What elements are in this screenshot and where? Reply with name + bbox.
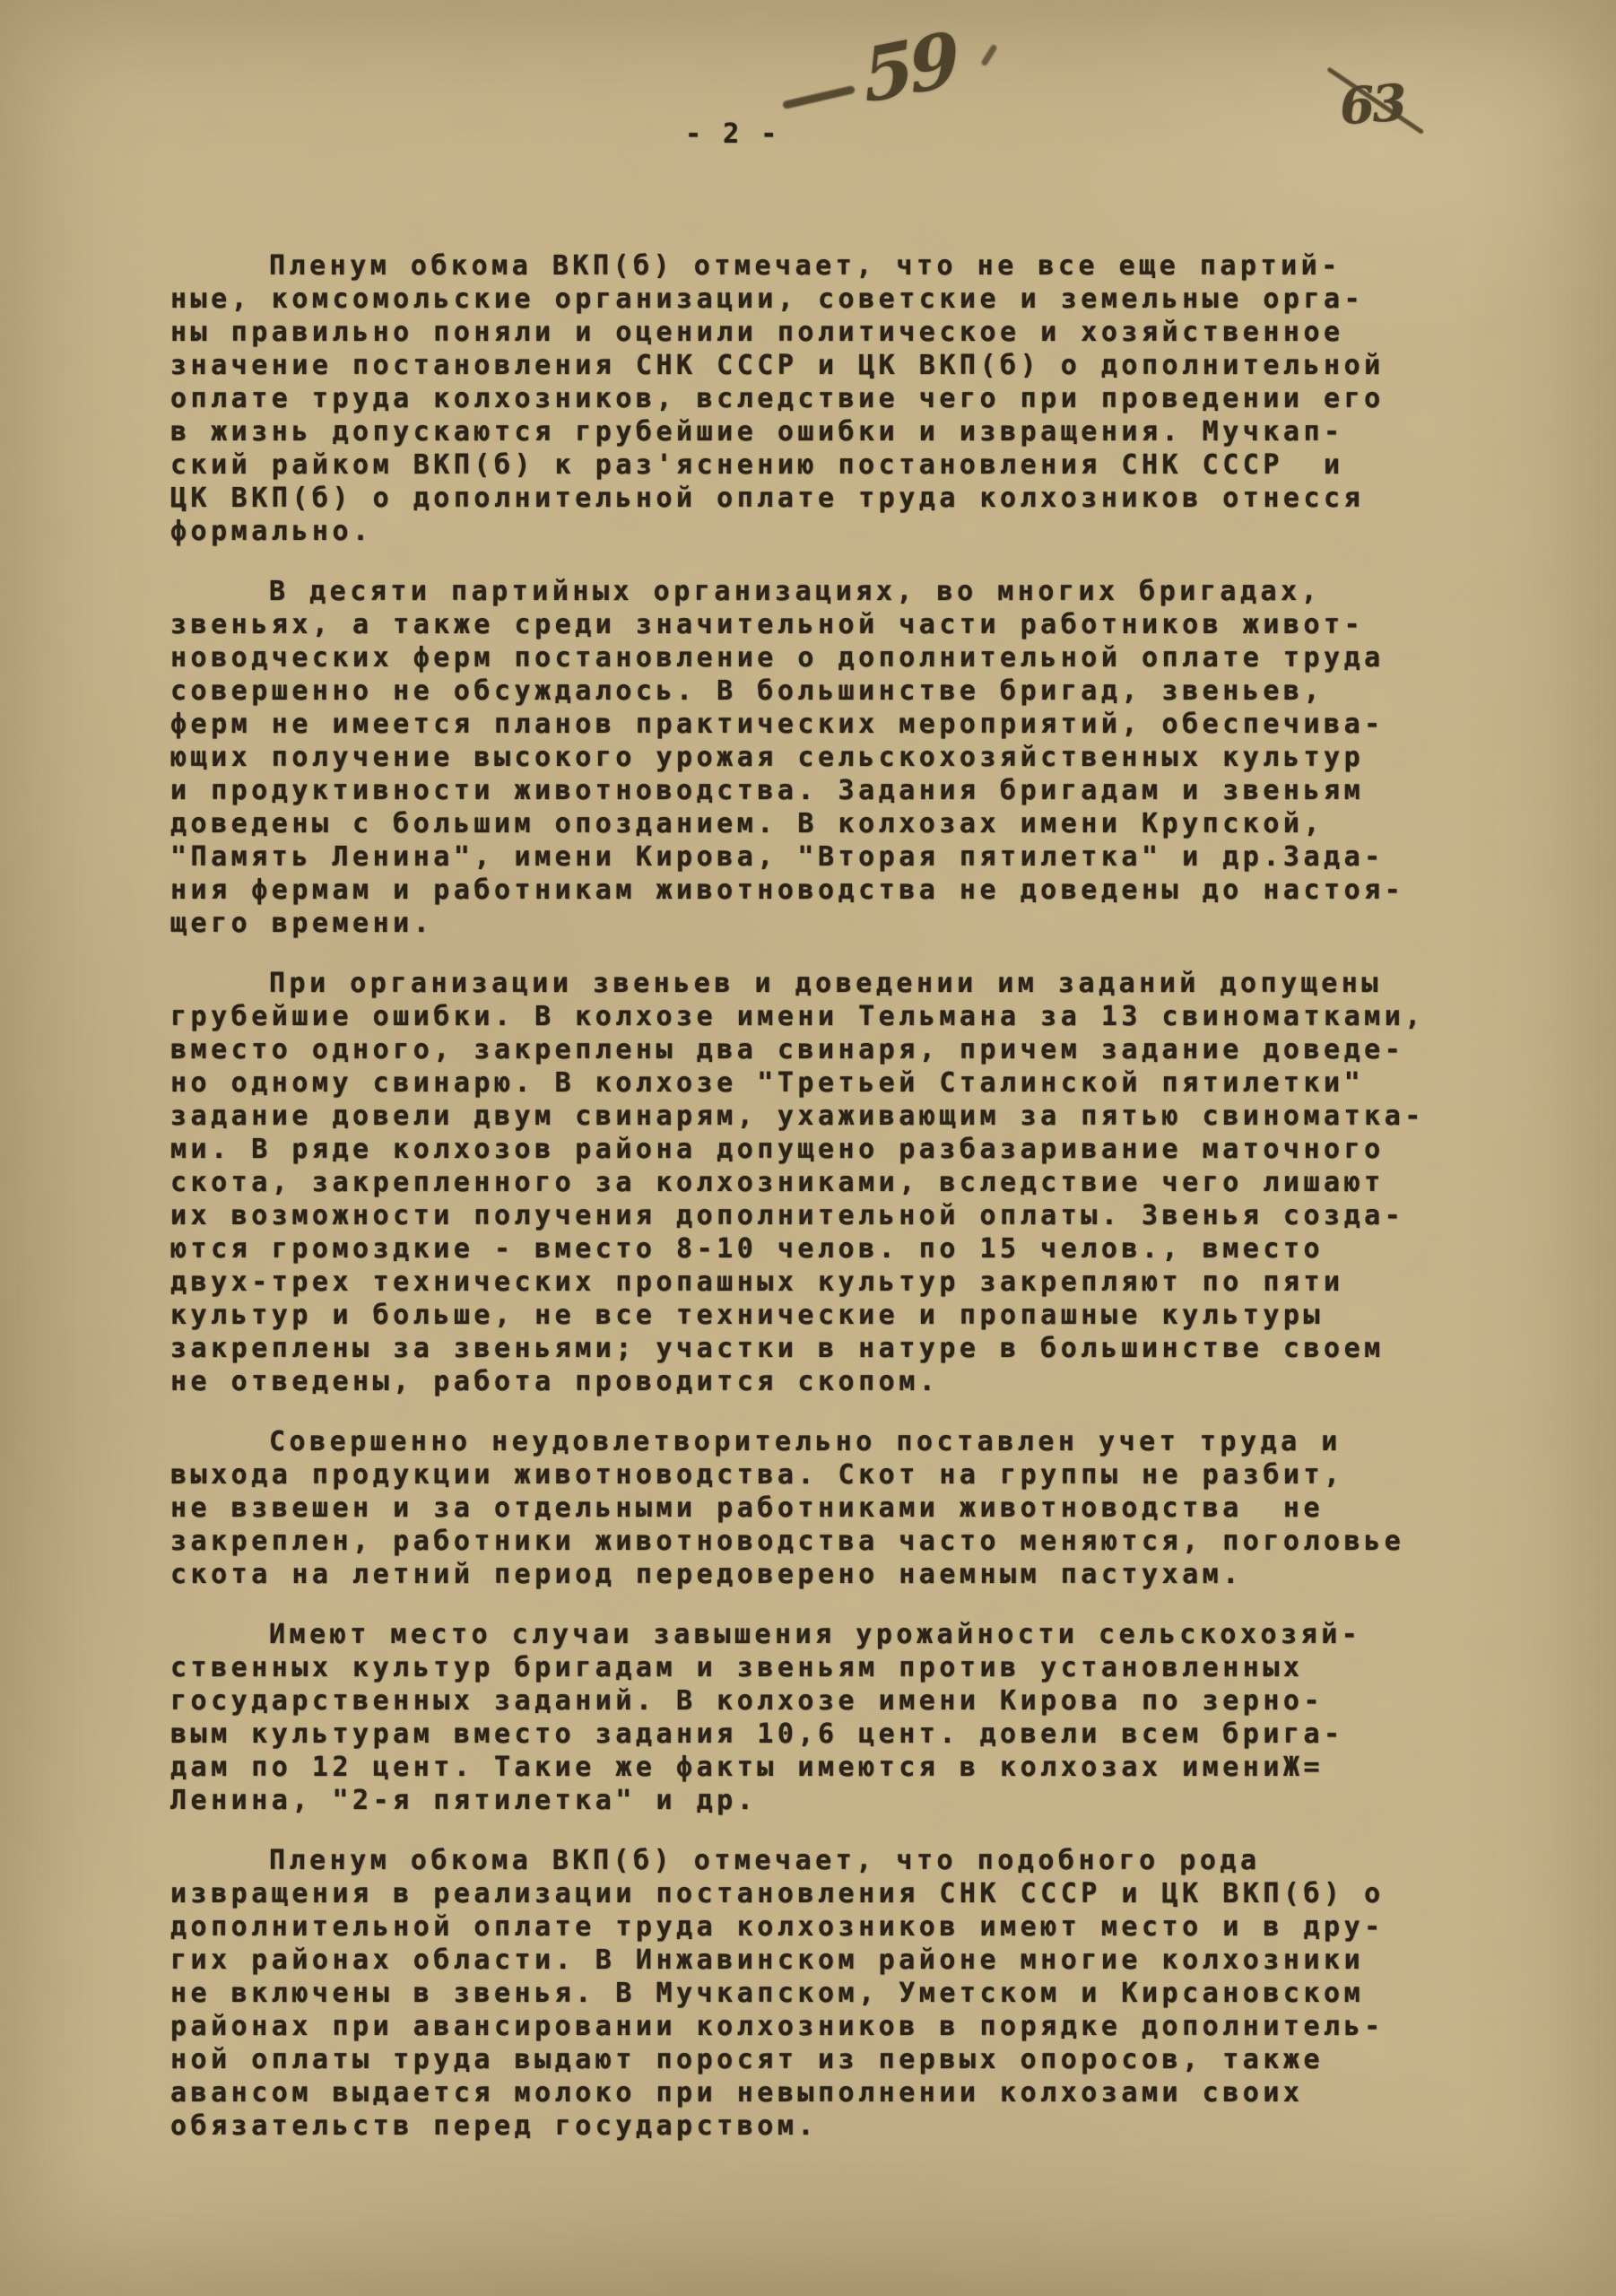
handwritten-number-63-crossed-out: 63 [1338,74,1406,137]
text-line: ны правильно поняли и оценили политическ… [170,316,1498,349]
text-line: задание довели двум свинарям, ухаживающи… [170,1100,1498,1133]
text-line: но одному свинарю. В колхозе "Третьей Ст… [170,1066,1498,1100]
text-line: извращения в реализации постановления СН… [170,1877,1498,1910]
text-line: ные, комсомольские организации, советски… [170,283,1498,316]
text-line: звеньях, а также среди значительной част… [170,608,1498,641]
text-line: новодческих ферм постановление о дополни… [170,641,1498,674]
paragraph: Пленум обкома ВКП(б) отмечает, что не вс… [170,249,1498,548]
paragraph: Совершенно неудовлетворительно поставлен… [170,1425,1498,1591]
text-line: не включены в звенья. В Мучкапском, Умет… [170,1977,1498,2010]
text-line: В десяти партийных организациях, во мног… [170,575,1498,608]
text-line: дам по 12 цент. Такие же факты имеются в… [170,1751,1498,1784]
text-line: в жизнь допускаются грубейшие ошибки и и… [170,415,1498,448]
text-line: Ленина, "2-я пятилетка" и др. [170,1784,1498,1817]
text-line: ющих получение высокого урожая сельскохо… [170,741,1498,774]
page-number: - 2 - [685,118,779,150]
text-line: формально. [170,515,1498,548]
text-line: ственных культур бригадам и звеньям прот… [170,1651,1498,1684]
text-line: Имеют место случаи завышения урожайности… [170,1618,1498,1651]
paragraph: В десяти партийных организациях, во мног… [170,575,1498,940]
text-line: государственных заданий. В колхозе имени… [170,1684,1498,1718]
text-line: обязательств перед государством. [170,2109,1498,2143]
text-line: Совершенно неудовлетворительно поставлен… [170,1425,1498,1458]
text-line: "Память Ленина", имени Кирова, "Вторая п… [170,840,1498,874]
text-line: значение постановления СНК СССР и ЦК ВКП… [170,349,1498,382]
text-line: Пленум обкома ВКП(б) отмечает, что не вс… [170,249,1498,283]
text-line: совершенно не обсуждалось. В большинстве… [170,674,1498,708]
text-line: закреплены за звеньями; участки в натуре… [170,1332,1498,1365]
text-line: их возможности получения дополнительной … [170,1199,1498,1232]
handwritten-page-number-59: 59 [860,16,960,120]
text-line: ния фермам и работникам животноводства н… [170,874,1498,907]
pencil-tick-mark [980,44,998,67]
text-line: закреплен, работники животноводства част… [170,1525,1498,1558]
pencil-dash-mark [782,85,856,109]
text-line: и продуктивности животноводства. Задания… [170,774,1498,807]
text-line: ский райком ВКП(б) к раз'яснению постано… [170,448,1498,482]
text-line: доведены с большим опозданием. В колхоза… [170,807,1498,840]
text-line: дополнительной оплате труда колхозников … [170,1910,1498,1944]
text-line: вым культурам вместо задания 10,6 цент. … [170,1718,1498,1751]
text-line: выхода продукции животноводства. Скот на… [170,1458,1498,1492]
paragraph: При организации звеньев и доведении им з… [170,967,1498,1398]
text-line: двух-трех технических пропашных культур … [170,1265,1498,1299]
text-line: ются громоздкие - вместо 8-10 челов. по … [170,1232,1498,1265]
text-line: ми. В ряде колхозов района допущено разб… [170,1133,1498,1166]
text-line: не отведены, работа проводится скопом. [170,1365,1498,1398]
text-line: не взвешен и за отдельными работниками ж… [170,1492,1498,1525]
text-line: оплате труда колхозников, вследствие чег… [170,382,1498,415]
text-line: авансом выдается молоко при невыполнении… [170,2076,1498,2109]
text-line: щего времени. [170,907,1498,940]
text-line: скота, закрепленного за колхозниками, вс… [170,1166,1498,1199]
text-line: районах при авансировании колхозников в … [170,2010,1498,2043]
paragraph: Пленум обкома ВКП(б) отмечает, что подоб… [170,1844,1498,2143]
text-line: грубейшие ошибки. В колхозе имени Тельма… [170,1000,1498,1033]
text-line: ЦК ВКП(б) о дополнительной оплате труда … [170,482,1498,515]
paragraph: Имеют место случаи завышения урожайности… [170,1618,1498,1817]
text-line: ной оплаты труда выдают поросят из первы… [170,2043,1498,2076]
text-line: скота на летний период передоверено наем… [170,1558,1498,1591]
text-line: культур и больше, не все технические и п… [170,1299,1498,1332]
scanned-page: 59 63 - 2 - Пленум обкома ВКП(б) отмечае… [0,0,1616,2296]
text-line: Пленум обкома ВКП(б) отмечает, что подоб… [170,1844,1498,1877]
text-line: При организации звеньев и доведении им з… [170,967,1498,1000]
text-line: вместо одного, закреплены два свинаря, п… [170,1033,1498,1066]
text-line: ферм не имеется планов практических меро… [170,708,1498,741]
document-text: Пленум обкома ВКП(б) отмечает, что не вс… [170,249,1498,2170]
text-line: гих районах области. В Инжавинском район… [170,1944,1498,1977]
